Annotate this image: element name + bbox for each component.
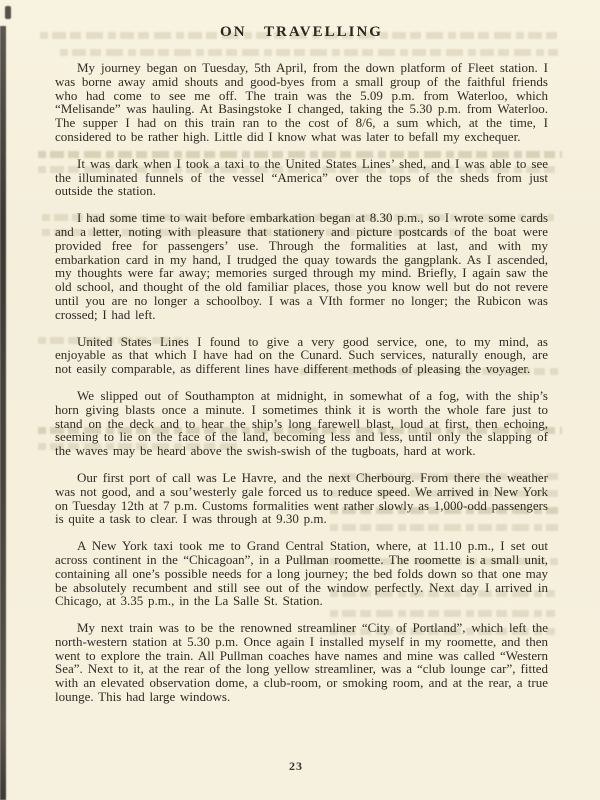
page-edge-mark xyxy=(5,6,11,19)
paragraph: I had some time to wait before embarkati… xyxy=(55,211,548,321)
page-title: ON TRAVELLING xyxy=(55,24,548,41)
scanned-book-page: ON TRAVELLING My journey began on Tuesda… xyxy=(0,0,600,800)
paragraph: My next train was to be the renowned str… xyxy=(55,621,548,704)
paragraph: My journey began on Tuesday, 5th April, … xyxy=(55,61,548,144)
page-edge-shadow xyxy=(0,26,6,800)
paragraph: We slipped out of Southampton at midnigh… xyxy=(55,389,548,458)
paragraph: A New York taxi took me to Grand Central… xyxy=(55,539,548,608)
page-number: 23 xyxy=(0,759,592,774)
page-content: ON TRAVELLING My journey began on Tuesda… xyxy=(55,24,548,704)
paragraph: It was dark when I took a taxi to the Un… xyxy=(55,157,548,198)
paragraph: United States Lines I found to give a ve… xyxy=(55,335,548,376)
paragraph: Our first port of call was Le Havre, and… xyxy=(55,471,548,526)
